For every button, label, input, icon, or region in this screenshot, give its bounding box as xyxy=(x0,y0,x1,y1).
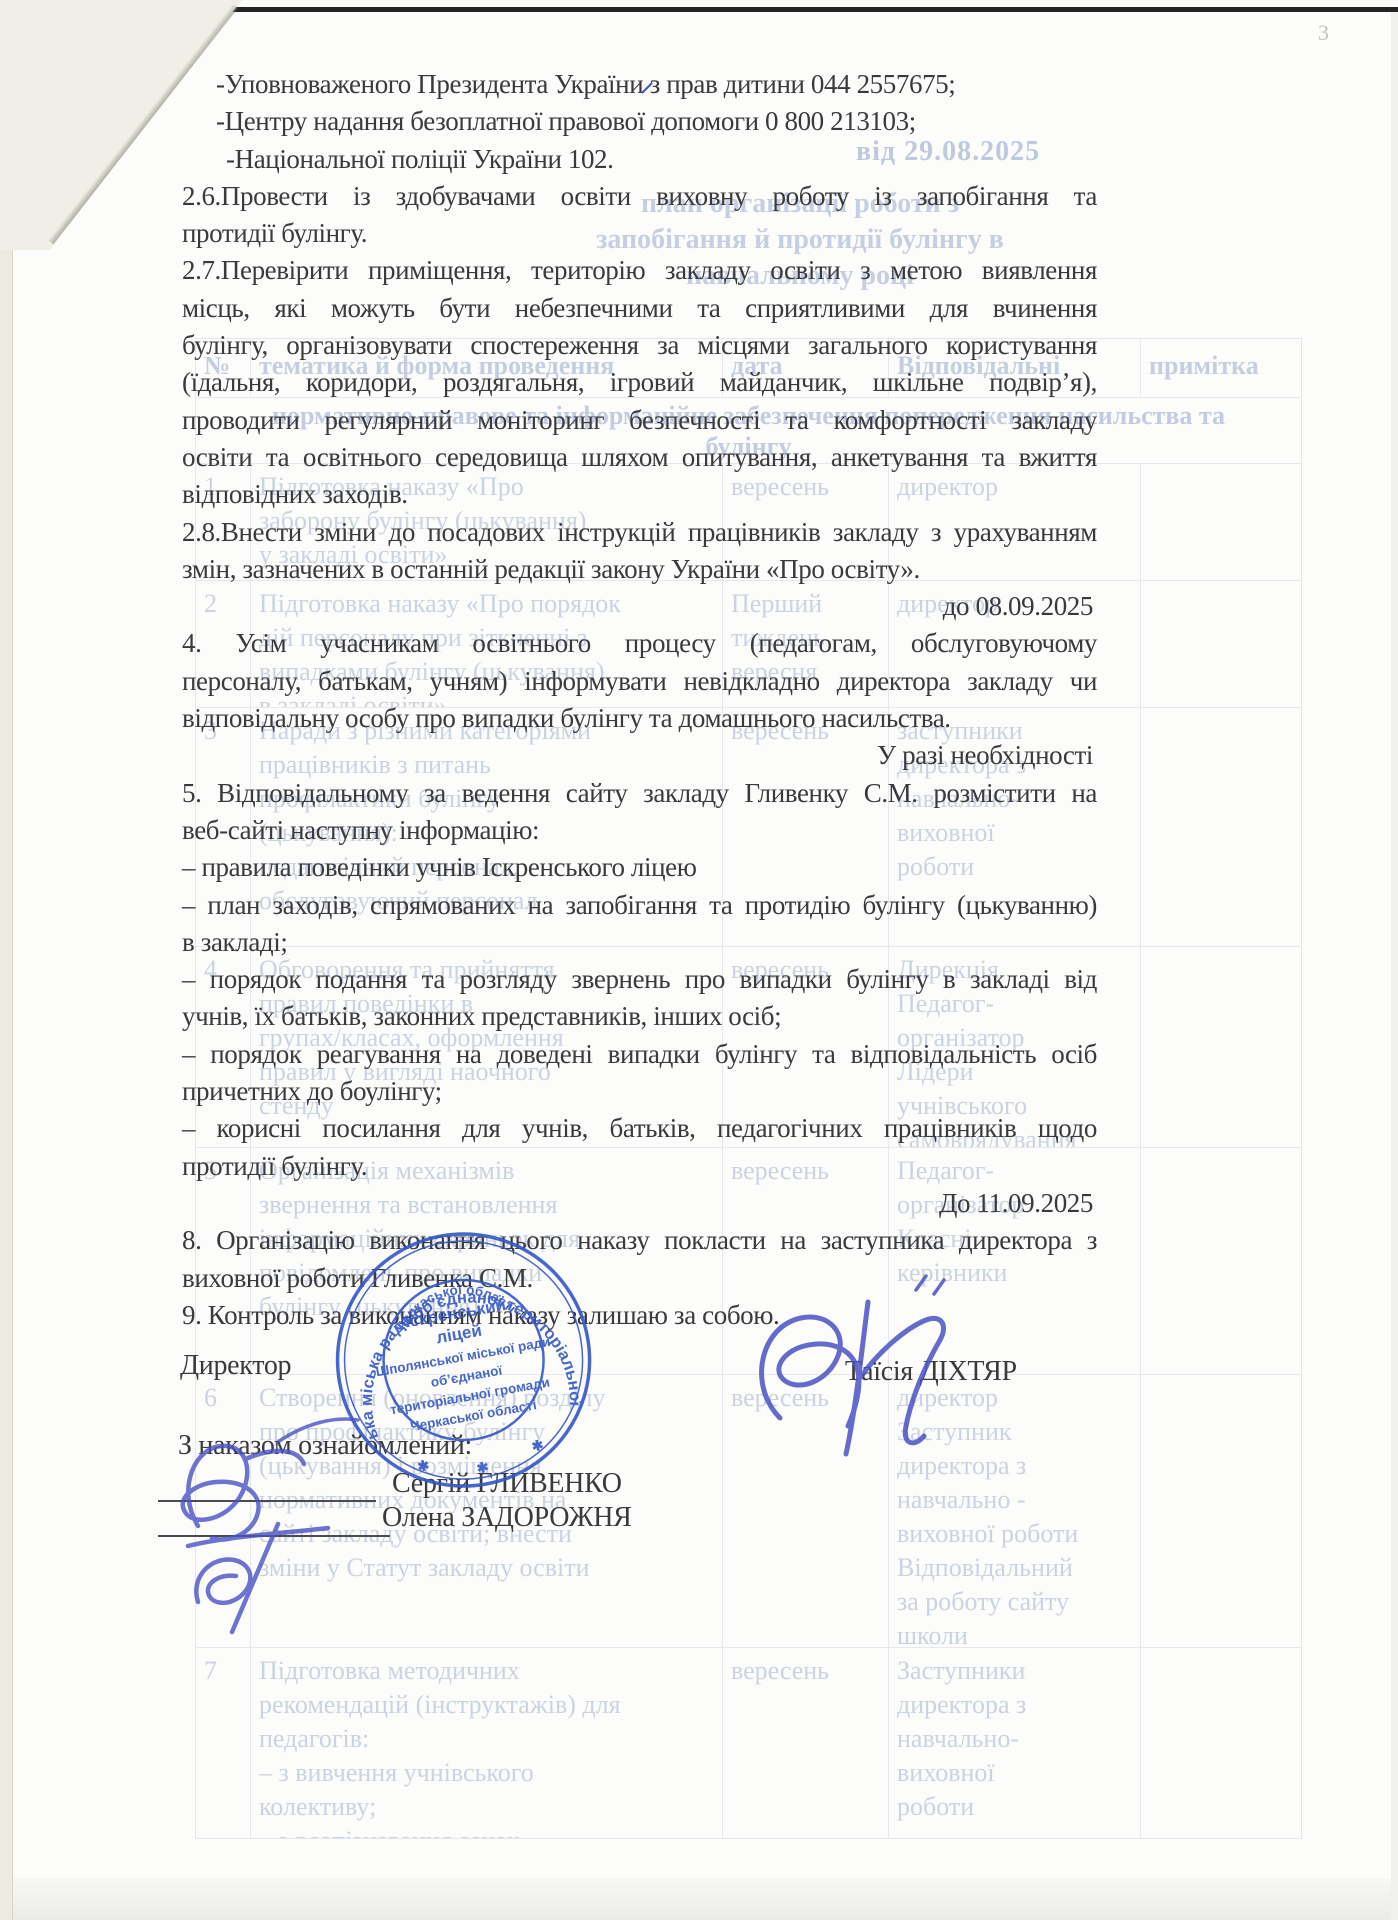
page-number: 3 xyxy=(1318,20,1329,46)
text-line: -Національної поліції України 102. xyxy=(182,141,1097,178)
acknowledgement-signatures xyxy=(128,1406,448,1651)
text-line: – правила поведінки учнів Іскренського л… xyxy=(182,849,1097,886)
stamp-star-icon: ✱ xyxy=(530,1437,545,1455)
stamp-star-icon: ✱ xyxy=(475,1458,490,1476)
header-note: примітка xyxy=(1141,339,1301,397)
text-line: змін, зазначених в останній редакції зак… xyxy=(182,551,1097,588)
text-line: До 11.09.2025 xyxy=(182,1185,1097,1222)
cell-num: 7 xyxy=(196,1648,251,1838)
text-line: відповідальну особу про випадки булінгу … xyxy=(182,700,1097,737)
text-line: У разі необхідності xyxy=(182,737,1097,774)
scanned-document-page: від 29.08.2025 план організації роботи з… xyxy=(0,0,1398,1920)
text-line: – порядок реагування на доведені випадки… xyxy=(182,1036,1097,1073)
cell-note xyxy=(1141,1648,1301,1838)
text-line: до 08.09.2025 xyxy=(182,588,1097,625)
order-body-text: -Уповноваженого Президента України з пра… xyxy=(182,66,1097,1334)
text-line: 2.8.Внести зміни до посадових інструкцій… xyxy=(182,514,1097,551)
cell-note xyxy=(1141,708,1301,946)
text-line: (їдальня, коридори, роздягальня, ігровий… xyxy=(182,364,1097,401)
director-label: Директор xyxy=(180,1350,291,1382)
cell-activity: Підготовка методичних рекомендацій (інст… xyxy=(251,1648,723,1838)
cell-note xyxy=(1141,1375,1301,1647)
cell-date: вересень xyxy=(723,1648,889,1838)
text-line: 2.6.Провести із здобувачами освіти вихов… xyxy=(182,178,1097,215)
text-line: персоналу, батькам, учням) інформувати н… xyxy=(182,663,1097,700)
text-line: – корисні посилання для учнів, батьків, … xyxy=(182,1110,1097,1147)
text-line: – порядок подання та розгляду звернень п… xyxy=(182,961,1097,998)
text-line: місць, які можуть бути небезпечними та с… xyxy=(182,290,1097,327)
scan-right-edge xyxy=(1391,0,1398,1920)
text-line: освіти та освітнього середовища шляхом о… xyxy=(182,439,1097,476)
text-line: 2.7.Перевірити приміщення, територію зак… xyxy=(182,252,1097,289)
cell-note xyxy=(1141,581,1301,707)
text-line: 5. Відповідальному за ведення сайту закл… xyxy=(182,775,1097,812)
text-line: проводити регулярний моніторинг безпечно… xyxy=(182,402,1097,439)
text-line: протидії булінгу. xyxy=(182,215,1097,252)
cell-resp: Заступники директора з навчально- виховн… xyxy=(889,1648,1141,1838)
cell-note xyxy=(1141,464,1301,580)
text-line: веб-сайті наступну інформацію: xyxy=(182,812,1097,849)
text-line: булінгу, організовувати спостереження за… xyxy=(182,327,1097,364)
text-line: -Центру надання безоплатної правової доп… xyxy=(182,103,1097,140)
text-line: причетних до боулінгу; xyxy=(182,1073,1097,1110)
director-signature xyxy=(720,1268,1020,1483)
text-line: учнів, їх батьків, законних представникі… xyxy=(182,998,1097,1035)
pen-mark xyxy=(640,80,656,101)
cell-note xyxy=(1141,947,1301,1147)
scan-bottom-shadow xyxy=(0,1878,1398,1920)
cell-note xyxy=(1141,1148,1301,1374)
scan-left-edge xyxy=(0,0,13,1920)
text-line: відповідних заходів. xyxy=(182,476,1097,513)
text-line: 4. Усім учасникам освітнього процесу (пе… xyxy=(182,625,1097,662)
text-line: – план заходів, спрямованих на запобіган… xyxy=(182,887,1097,924)
text-line: протидії булінгу. xyxy=(182,1148,1097,1185)
text-line: в закладі; xyxy=(182,924,1097,961)
table-row: 7 Підготовка методичних рекомендацій (ін… xyxy=(196,1648,1301,1838)
